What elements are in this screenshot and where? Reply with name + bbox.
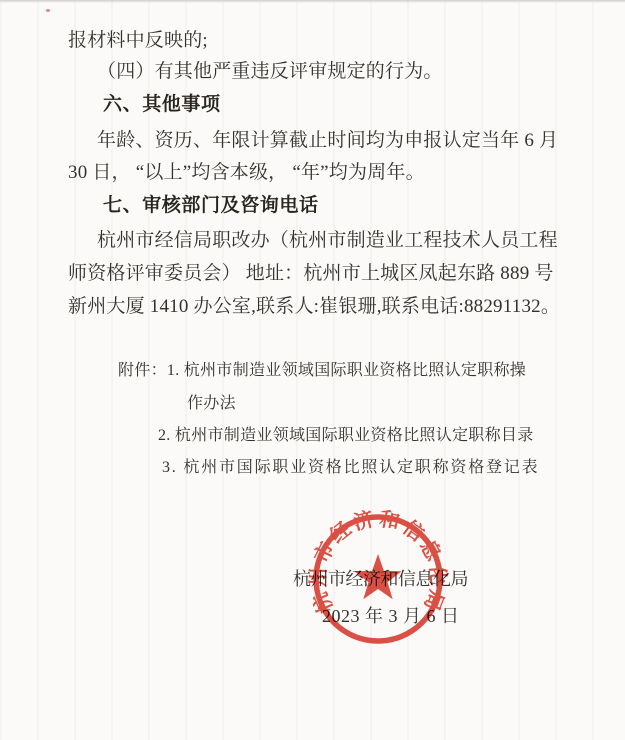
body-line-continuation: 报材料中反映的; (68, 31, 208, 50)
heading-section-seven: 七、审核部门及咨询电话 (103, 196, 319, 215)
body-line-seven-3: 新州大厦 1410 办公室,联系人:崔银珊,联系电话:88291132。 (68, 297, 560, 316)
document-page: 报材料中反映的; （四）有其他严重违反评审规定的行为。 六、其他事项 年龄、资历… (0, 0, 625, 740)
scan-speck (46, 9, 50, 12)
body-line-item-four: （四）有其他严重违反评审规定的行为。 (97, 62, 443, 81)
body-line-six-1: 年龄、资历、年限计算截止时间均为申报认定当年 6 月 (97, 131, 558, 150)
signature-date: 2023 年 3 月 6 日 (322, 607, 460, 625)
attachment-item-3: 3. 杭州市国际职业资格比照认定职称资格登记表 (162, 460, 539, 476)
seal-ring-text: 杭州市经济和信息化局 (307, 506, 450, 617)
signature-org: 杭州市经济和信息化局 (293, 570, 468, 588)
attachment-item-2: 2. 杭州市制造业领域国际职业资格比照认定职称目录 (158, 428, 534, 444)
body-line-seven-1: 杭州市经信局职改办（杭州市制造业工程技术人员工程 (97, 231, 558, 250)
attachment-item-1-line-2: 作办法 (187, 396, 236, 412)
heading-section-six: 六、其他事项 (103, 95, 221, 114)
seal-ring-text-container: 杭州市经济和信息化局 (307, 506, 450, 617)
body-line-seven-2: 师资格评审委员会） 地址：杭州市上城区凤起东路 889 号 (68, 264, 554, 283)
attachment-item-1-line-1: 附件：1. 杭州市制造业领域国际职业资格比照认定职称操 (118, 363, 526, 379)
body-line-six-2: 30 日， “以上”均含本级， “年”均为周年。 (68, 163, 425, 182)
